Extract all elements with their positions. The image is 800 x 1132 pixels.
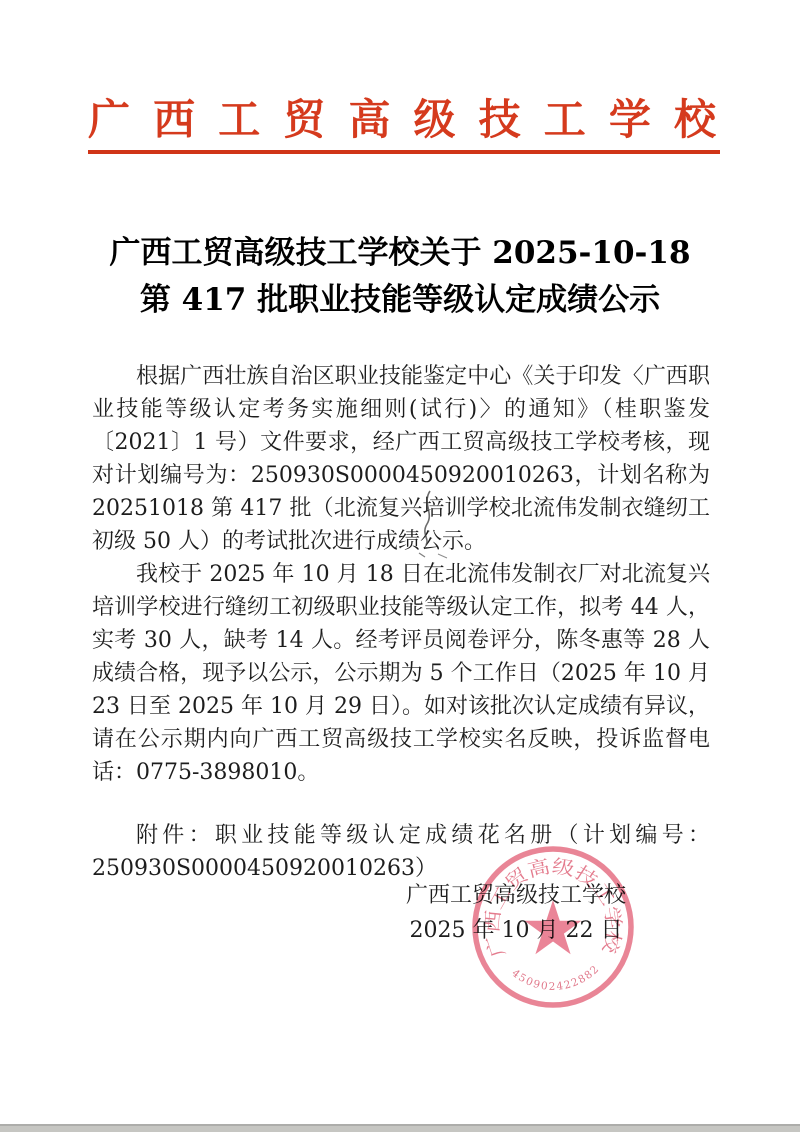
title-line-1: 广西工贸高级技工学校关于 2025-10-18	[90, 230, 710, 277]
document-page: 广西工贸高级技工学校 广西工贸高级技工学校关于 2025-10-18 第 417…	[0, 0, 800, 1132]
title-line-2: 第 417 批职业技能等级认定成绩公示	[90, 277, 710, 324]
page-bottom-edge	[0, 1124, 800, 1132]
letterhead-divider	[88, 150, 720, 154]
paragraph-results: 我校于 2025 年 10 月 18 日在北流伟发制衣厂对北流复兴培训学校进行缝…	[92, 558, 710, 789]
signatory-name: 广西工贸高级技工学校	[405, 878, 627, 913]
letterhead-school-name: 广西工贸高级技工学校	[88, 94, 716, 146]
attachment-line: 附件：职业技能等级认定成绩花名册（计划编号：250930S00004509200…	[92, 819, 710, 885]
paragraph-basis: 根据广西壮族自治区职业技能鉴定中心《关于印发〈广西职业技能等级认定考务实施细则(…	[92, 360, 710, 558]
document-body: 根据广西壮族自治区职业技能鉴定中心《关于印发〈广西职业技能等级认定考务实施细则(…	[92, 360, 710, 885]
document-title: 广西工贸高级技工学校关于 2025-10-18 第 417 批职业技能等级认定成…	[90, 230, 710, 324]
signature-date: 2025 年 10 月 22 日	[405, 913, 627, 948]
signature-block: 广西工贸高级技工学校 2025 年 10 月 22 日	[405, 878, 627, 948]
